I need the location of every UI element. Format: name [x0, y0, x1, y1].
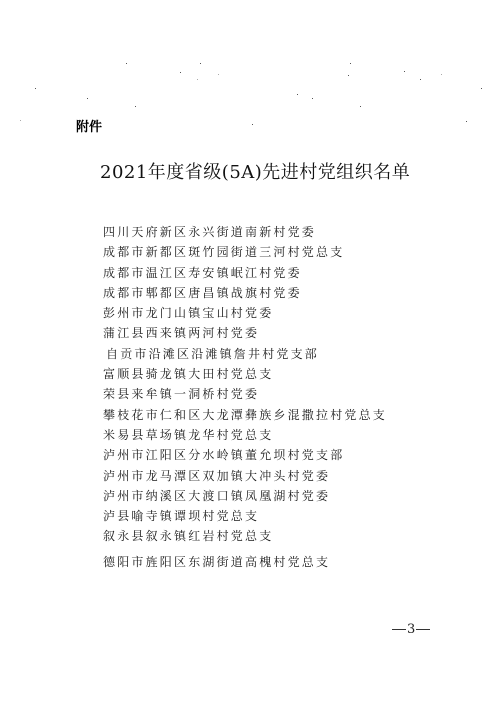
scan-speck [35, 88, 36, 89]
attachment-label: 附件 [76, 116, 102, 135]
list-item: 米易县草场镇龙华村党总支 [103, 425, 387, 445]
list-item: 富顺县骑龙镇大田村党总支 [103, 364, 387, 384]
scan-speck [350, 63, 351, 64]
document-page: 附件 2021年度省级(5A)先进村党组织名单 四川天府新区永兴街道南新村党委 … [0, 0, 500, 706]
scan-speck [360, 106, 361, 107]
list-item: 泸州市江阳区分水岭镇董允坝村党支部 [103, 445, 387, 465]
list-item: 自贡市沿滩区沿滩镇詹井村党支部 [103, 344, 387, 364]
list-item: 成都市新都区斑竹园街道三河村党总支 [103, 242, 387, 262]
scan-speck [180, 72, 181, 73]
list-item: 荣县来牟镇一洞桥村党委 [103, 384, 387, 404]
scan-speck [466, 121, 467, 122]
scan-speck [297, 94, 298, 95]
list-item: 叙永县叙永镇红岩村党总支 [103, 526, 387, 546]
scan-speck [312, 98, 313, 99]
scan-speck [197, 79, 198, 80]
scan-speck [218, 74, 219, 75]
scan-speck [420, 79, 421, 80]
scan-speck [404, 71, 405, 72]
list-item: 攀枝花市仁和区大龙潭彝族乡混撒拉村党总支 [103, 405, 387, 425]
list-item: 彭州市龙门山镇宝山村党委 [103, 303, 387, 323]
scan-speck [87, 98, 88, 99]
page-number-value: 3 [406, 622, 416, 637]
scan-speck [126, 63, 127, 64]
list-item: 德阳市旌阳区东湖街道高槐村党总支 [103, 552, 387, 572]
page-number-dash-left [392, 629, 406, 630]
list-item: 蒲江县西来镇两河村党委 [103, 323, 387, 343]
page-number-dash-right [416, 629, 430, 630]
scan-speck [200, 63, 201, 64]
list-item: 泸州市纳溪区大渡口镇凤凰湖村党委 [103, 486, 387, 506]
list-item: 四川天府新区永兴街道南新村党委 [103, 222, 387, 242]
scan-speck [20, 120, 21, 121]
scan-speck [252, 124, 253, 125]
scan-speck [348, 75, 349, 76]
scan-speck [441, 74, 442, 75]
list-item: 成都市郫都区唐昌镇战旗村党委 [103, 283, 387, 303]
page-number: 3 [392, 622, 430, 637]
scan-speck [135, 106, 136, 107]
organization-list: 四川天府新区永兴街道南新村党委 成都市新都区斑竹园街道三河村党总支 成都市温江区… [103, 222, 387, 572]
list-item: 泸州市龙马潭区双加镇大冲头村党委 [103, 466, 387, 486]
list-item: 泸县喻寺镇谭坝村党总支 [103, 506, 387, 526]
list-item: 成都市温江区寿安镇岷江村党委 [103, 263, 387, 283]
scan-speck [481, 88, 482, 89]
document-title: 2021年度省级(5A)先进村党组织名单 [100, 158, 410, 184]
